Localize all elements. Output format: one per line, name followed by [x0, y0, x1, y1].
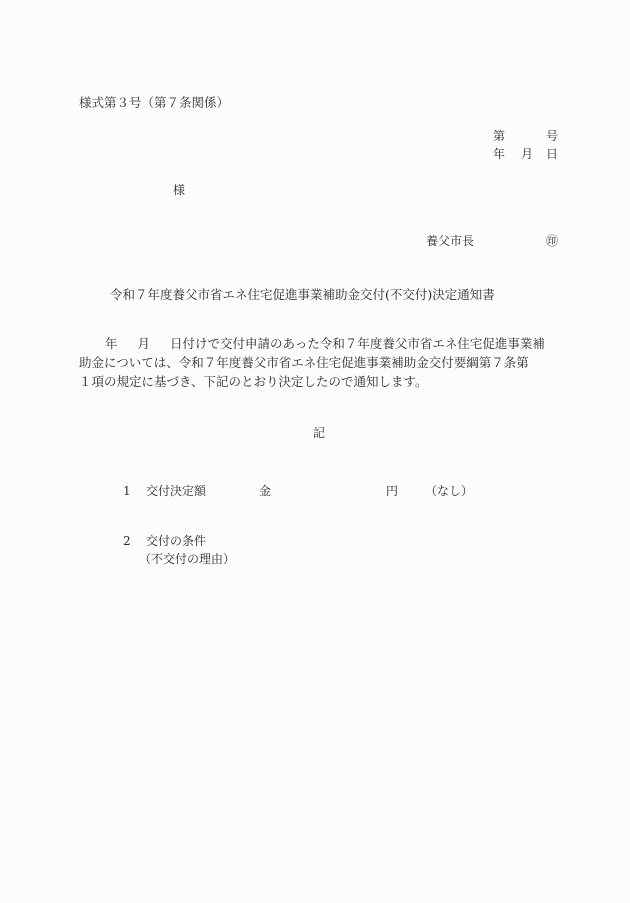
document-number-label: 第 — [493, 130, 505, 142]
body-line-2: 助金については、令和７年度養父市省エネ住宅促進事業補助金交付要綱第７条第 — [79, 353, 563, 372]
form-number: 様式第３号（第７条関係） — [79, 97, 229, 110]
recipient-honorific: 様 — [173, 184, 185, 196]
seal-icon: ㊞ — [546, 235, 558, 247]
item-2-label: 交付の条件 — [146, 535, 206, 547]
issuer-name: 養父市長 — [426, 235, 474, 247]
body-paragraph: 年月日付けで交付申請のあった令和７年度養父市省エネ住宅促進事業補 助金については… — [79, 334, 563, 391]
date-day: 日 — [546, 148, 558, 160]
date-month: 月 — [521, 148, 533, 160]
item-1-amount-prefix: 金 — [259, 485, 271, 497]
item-1-number: 1 — [123, 485, 131, 497]
date-year: 年 — [493, 148, 505, 160]
body-line-3: １項の規定に基づき、下記のとおり決定したので通知します。 — [79, 372, 563, 391]
item-1-none-note: （なし） — [425, 485, 473, 497]
document-title: 令和７年度養父市省エネ住宅促進事業補助金交付(不交付)決定通知書 — [110, 289, 495, 302]
item-1-amount-unit: 円 — [386, 485, 398, 497]
ki-heading: 記 — [313, 427, 325, 439]
body-year: 年 — [105, 336, 118, 351]
body-month: 月 — [138, 336, 151, 351]
item-2-number: 2 — [123, 535, 131, 547]
body-line-1: 年月日付けで交付申請のあった令和７年度養父市省エネ住宅促進事業補 — [79, 334, 563, 353]
body-line-1-text: 日付けで交付申請のあった令和７年度養父市省エネ住宅促進事業補 — [170, 336, 545, 351]
item-2-sub-label: （不交付の理由） — [139, 553, 235, 565]
item-1-label: 交付決定額 — [146, 485, 206, 497]
document-number-suffix: 号 — [546, 130, 558, 142]
